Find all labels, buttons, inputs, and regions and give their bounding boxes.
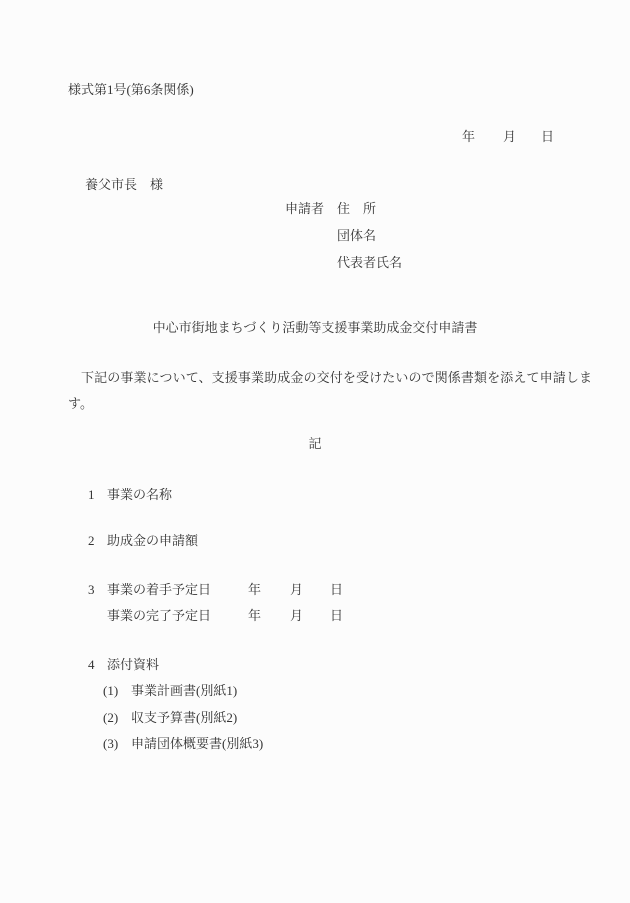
attachment-label: 申請団体概要書(別紙3)	[131, 736, 263, 752]
start-month-label: 月	[290, 582, 303, 598]
item-grant-amount: 2 助成金の申請額	[0, 533, 630, 549]
attachment-label: 収支予算書(別紙2)	[131, 710, 237, 726]
applicant-representative-label: 代表者氏名	[337, 255, 402, 271]
document-page: 様式第1号(第6条関係) 年 月 日 養父市長 様 申請者 住 所 団体名 代表…	[0, 0, 630, 903]
attachment-budget: (2) 収支予算書(別紙2)	[0, 710, 630, 726]
item-number: 1	[88, 487, 95, 503]
start-day-label: 日	[330, 582, 343, 598]
date-month-label: 月	[503, 129, 516, 145]
applicant-row-address: 申請者 住 所	[0, 201, 630, 217]
item-number: 4	[88, 657, 95, 673]
item-label: 事業の名称	[107, 487, 172, 503]
addressee: 養父市長 様	[85, 177, 163, 193]
completion-day-label: 日	[330, 608, 343, 624]
attachment-number: (3)	[103, 736, 118, 752]
item-label: 助成金の申請額	[107, 533, 198, 549]
item-label: 事業の着手予定日	[107, 582, 211, 598]
item-number: 2	[88, 533, 95, 549]
body-paragraph: 下記の事業について、支援事業助成金の交付を受けたいので関係書類を添えて申請します…	[68, 365, 592, 417]
list-marker: 記	[0, 436, 630, 452]
date-year-label: 年	[462, 129, 475, 145]
applicant-row-representative: 代表者氏名	[0, 255, 630, 271]
attachment-business-plan: (1) 事業計画書(別紙1)	[0, 683, 630, 699]
item-label: 事業の完了予定日	[107, 608, 211, 624]
item-label: 添付資料	[107, 657, 159, 673]
document-title: 中心市街地まちづくり活動等支援事業助成金交付申請書	[0, 320, 630, 336]
applicant-address-label: 住 所	[337, 201, 376, 217]
attachment-number: (2)	[103, 710, 118, 726]
item-attachments: 4 添付資料	[0, 657, 630, 673]
applicant-row-organization: 団体名	[0, 228, 630, 244]
start-year-label: 年	[248, 582, 261, 598]
item-completion-date: 事業の完了予定日 年 月 日	[0, 608, 630, 624]
attachment-label: 事業計画書(別紙1)	[131, 683, 237, 699]
applicant-organization-label: 団体名	[337, 228, 376, 244]
form-number: 様式第1号(第6条関係)	[68, 82, 194, 98]
attachment-number: (1)	[103, 683, 118, 699]
completion-month-label: 月	[290, 608, 303, 624]
date-line: 年 月 日	[0, 129, 630, 145]
item-start-date: 3 事業の着手予定日 年 月 日	[0, 582, 630, 598]
applicant-label: 申請者	[285, 201, 324, 217]
date-day-label: 日	[541, 129, 554, 145]
item-project-name: 1 事業の名称	[0, 487, 630, 503]
item-number: 3	[88, 582, 95, 598]
attachment-organization-overview: (3) 申請団体概要書(別紙3)	[0, 736, 630, 752]
completion-year-label: 年	[248, 608, 261, 624]
